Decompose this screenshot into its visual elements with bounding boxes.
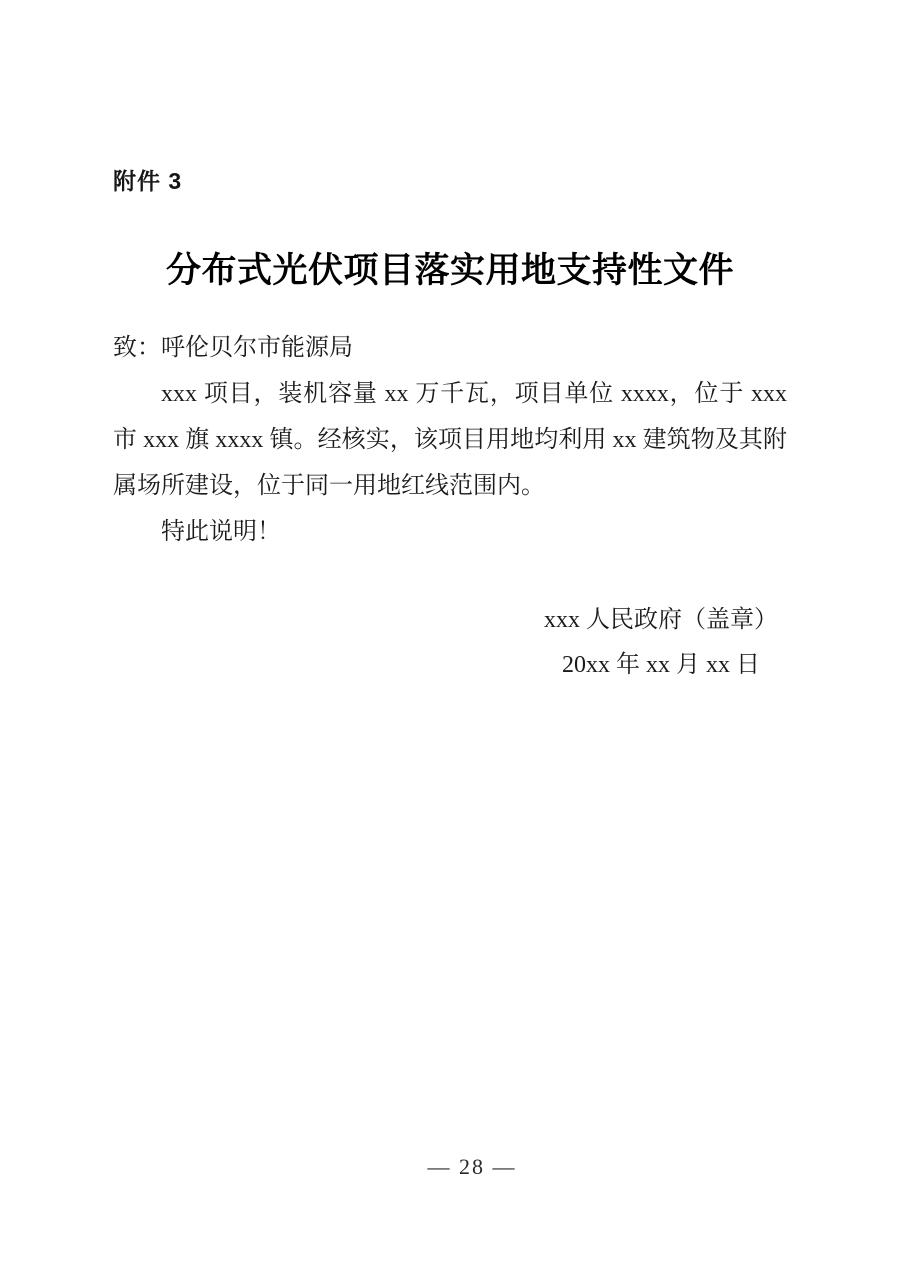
body-line: xxx 项目，装机容量 xx 万千瓦，项目单位 xxxx，位于 xxx (113, 371, 787, 417)
page-number: — 28 — (0, 1152, 900, 1182)
signature-date: 20xx 年 xx 月 xx 日 (544, 643, 778, 688)
document-body: 致：呼伦贝尔市能源局 xxx 项目，装机容量 xx 万千瓦，项目单位 xxxx，… (113, 325, 787, 555)
signature-issuer: xxx 人民政府（盖章） (544, 598, 778, 643)
salutation-line: 致：呼伦贝尔市能源局 (113, 325, 787, 371)
body-line: 属场所建设，位于同一用地红线范围内。 (113, 463, 787, 509)
document-page: 附件 3 分布式光伏项目落实用地支持性文件 致：呼伦贝尔市能源局 xxx 项目，… (0, 0, 900, 1272)
body-line: 市 xxx 旗 xxxx 镇。经核实，该项目用地均利用 xx 建筑物及其附 (113, 417, 787, 463)
document-title: 分布式光伏项目落实用地支持性文件 (0, 249, 900, 293)
attachment-label: 附件 3 (113, 166, 182, 196)
body-line: 特此说明！ (113, 509, 787, 555)
signature-block: xxx 人民政府（盖章） 20xx 年 xx 月 xx 日 (0, 598, 900, 688)
